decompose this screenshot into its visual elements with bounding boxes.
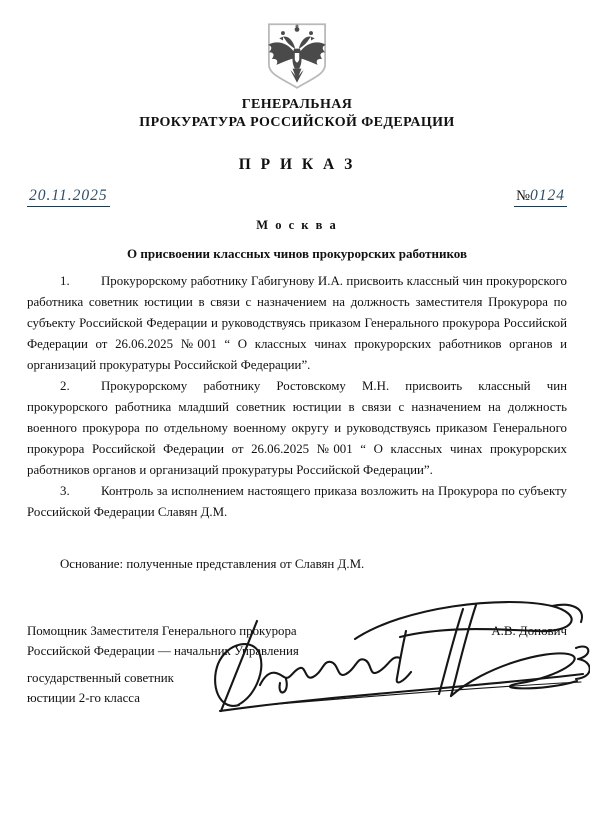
order-body: 1.Прокурорскому работнику Габигунову И.А… [27, 271, 567, 575]
order-date: 20.11.2025 [27, 187, 110, 207]
doc-type-title: П Р И К А З [27, 156, 567, 174]
signer-name: А.В. Допович [491, 621, 567, 641]
signature-block: Помощник Заместителя Генерального прокур… [27, 621, 567, 708]
number-sign: № [516, 188, 530, 204]
order-paragraph-3: 3.Контроль за исполнением настоящего при… [27, 481, 567, 523]
paragraph-text: Прокурорскому работнику Габигунову И.А. … [27, 274, 567, 372]
paragraph-text: Прокурорскому работнику Ростовскому М.Н.… [27, 379, 567, 477]
paragraph-number: 1. [60, 271, 101, 292]
signer-position-line2: Российской Федерации — начальник Управле… [27, 641, 299, 661]
signer-rank-line2: юстиции 2-го класса [27, 688, 567, 708]
signer-rank-line1: государственный советник [27, 668, 567, 688]
paragraph-text: Контроль за исполнением настоящего прика… [27, 484, 567, 519]
basis-line: Основание: полученные представления от С… [27, 554, 567, 575]
signer-position: Помощник Заместителя Генерального прокур… [27, 621, 299, 661]
order-document-page: ГЕНЕРАЛЬНАЯ ПРОКУРАТУРА РОССИЙСКОЙ ФЕДЕР… [0, 0, 594, 837]
order-number: №0124 [514, 187, 567, 207]
paragraph-number: 2. [60, 376, 101, 397]
org-name-line2: ПРОКУРАТУРА РОССИЙСКОЙ ФЕДЕРАЦИИ [27, 114, 567, 132]
org-name-line1: ГЕНЕРАЛЬНАЯ [27, 96, 567, 114]
city-label: М о с к в а [27, 218, 567, 233]
order-paragraph-2: 2.Прокурорскому работнику Ростовскому М.… [27, 376, 567, 481]
date-number-row: 20.11.2025 №0124 [27, 185, 567, 207]
coat-of-arms-icon [260, 22, 334, 90]
order-subject: О присвоении классных чинов прокурорских… [27, 246, 567, 262]
order-paragraph-1: 1.Прокурорскому работнику Габигунову И.А… [27, 271, 567, 376]
signer-position-line1: Помощник Заместителя Генерального прокур… [27, 621, 299, 641]
paragraph-number: 3. [60, 481, 101, 502]
number-value: 0124 [530, 187, 565, 204]
